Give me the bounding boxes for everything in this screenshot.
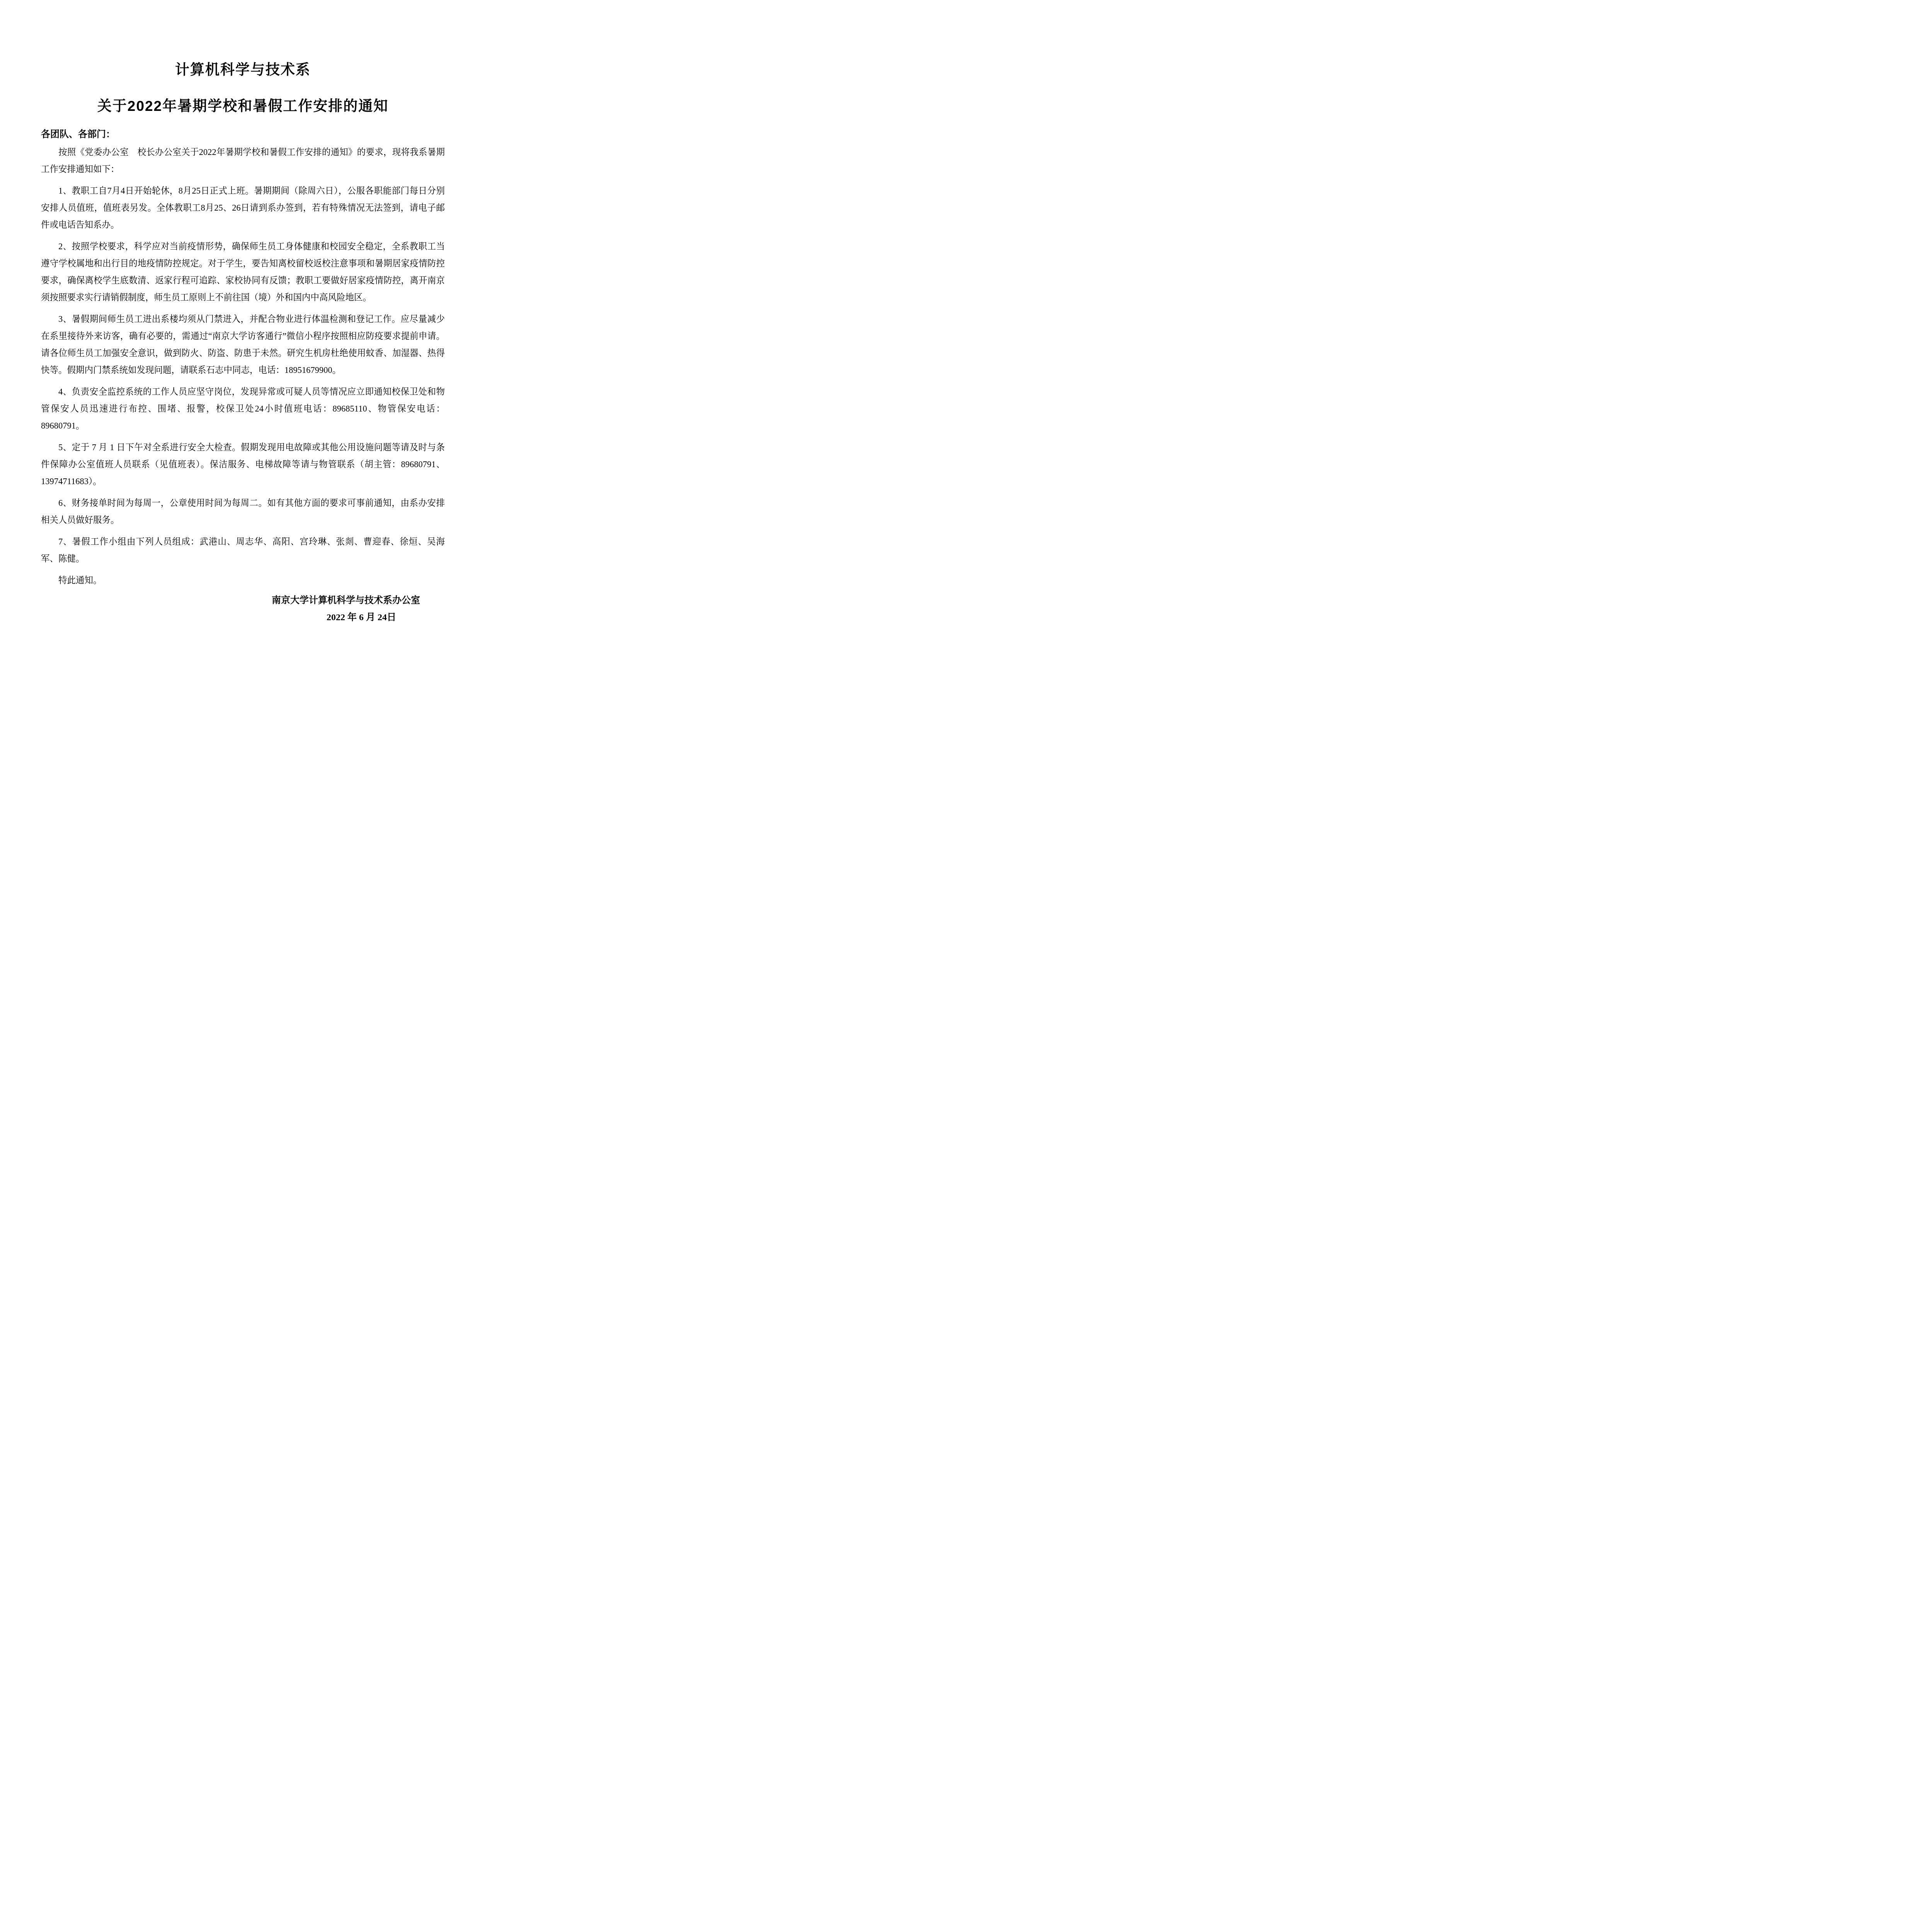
closing-line: 特此通知。: [41, 572, 445, 589]
notice-item-7: 7、暑假工作小组由下列人员组成：武港山、周志华、高阳、宫玲琳、张剡、曹迎春、徐烜…: [41, 533, 445, 567]
signature-date: 2022 年 6 月 24日: [41, 609, 445, 626]
intro-paragraph: 按照《党委办公室 校长办公室关于2022年暑期学校和暑假工作安排的通知》的要求，…: [41, 144, 445, 178]
notice-item-3: 3、暑假期间师生员工进出系楼均须从门禁进入，并配合物业进行体温检测和登记工作。应…: [41, 311, 445, 379]
notice-item-2: 2、按照学校要求，科学应对当前疫情形势，确保师生员工身体健康和校园安全稳定，全系…: [41, 238, 445, 306]
document-title-line2: 关于2022年暑期学校和暑假工作安排的通知: [41, 94, 445, 115]
salutation: 各团队、各部门：: [41, 126, 445, 143]
notice-item-5: 5、定于 7 月 1 日下午对全系进行安全大检查。假期发现用电故障或其他公用设施…: [41, 439, 445, 490]
notice-page: 计算机科学与技术系 关于2022年暑期学校和暑假工作安排的通知 各团队、各部门：…: [0, 0, 480, 678]
signature-office: 南京大学计算机科学与技术系办公室: [41, 592, 445, 609]
document-title-line1: 计算机科学与技术系: [41, 58, 445, 79]
notice-item-4: 4、负责安全监控系统的工作人员应坚守岗位，发现异常或可疑人员等情况应立即通知校保…: [41, 383, 445, 434]
notice-item-1: 1、教职工自7月4日开始轮休，8月25日正式上班。暑期期间（除周六日），公服各职…: [41, 182, 445, 233]
notice-item-6: 6、财务接单时间为每周一，公章使用时间为每周二。如有其他方面的要求可事前通知，由…: [41, 495, 445, 529]
